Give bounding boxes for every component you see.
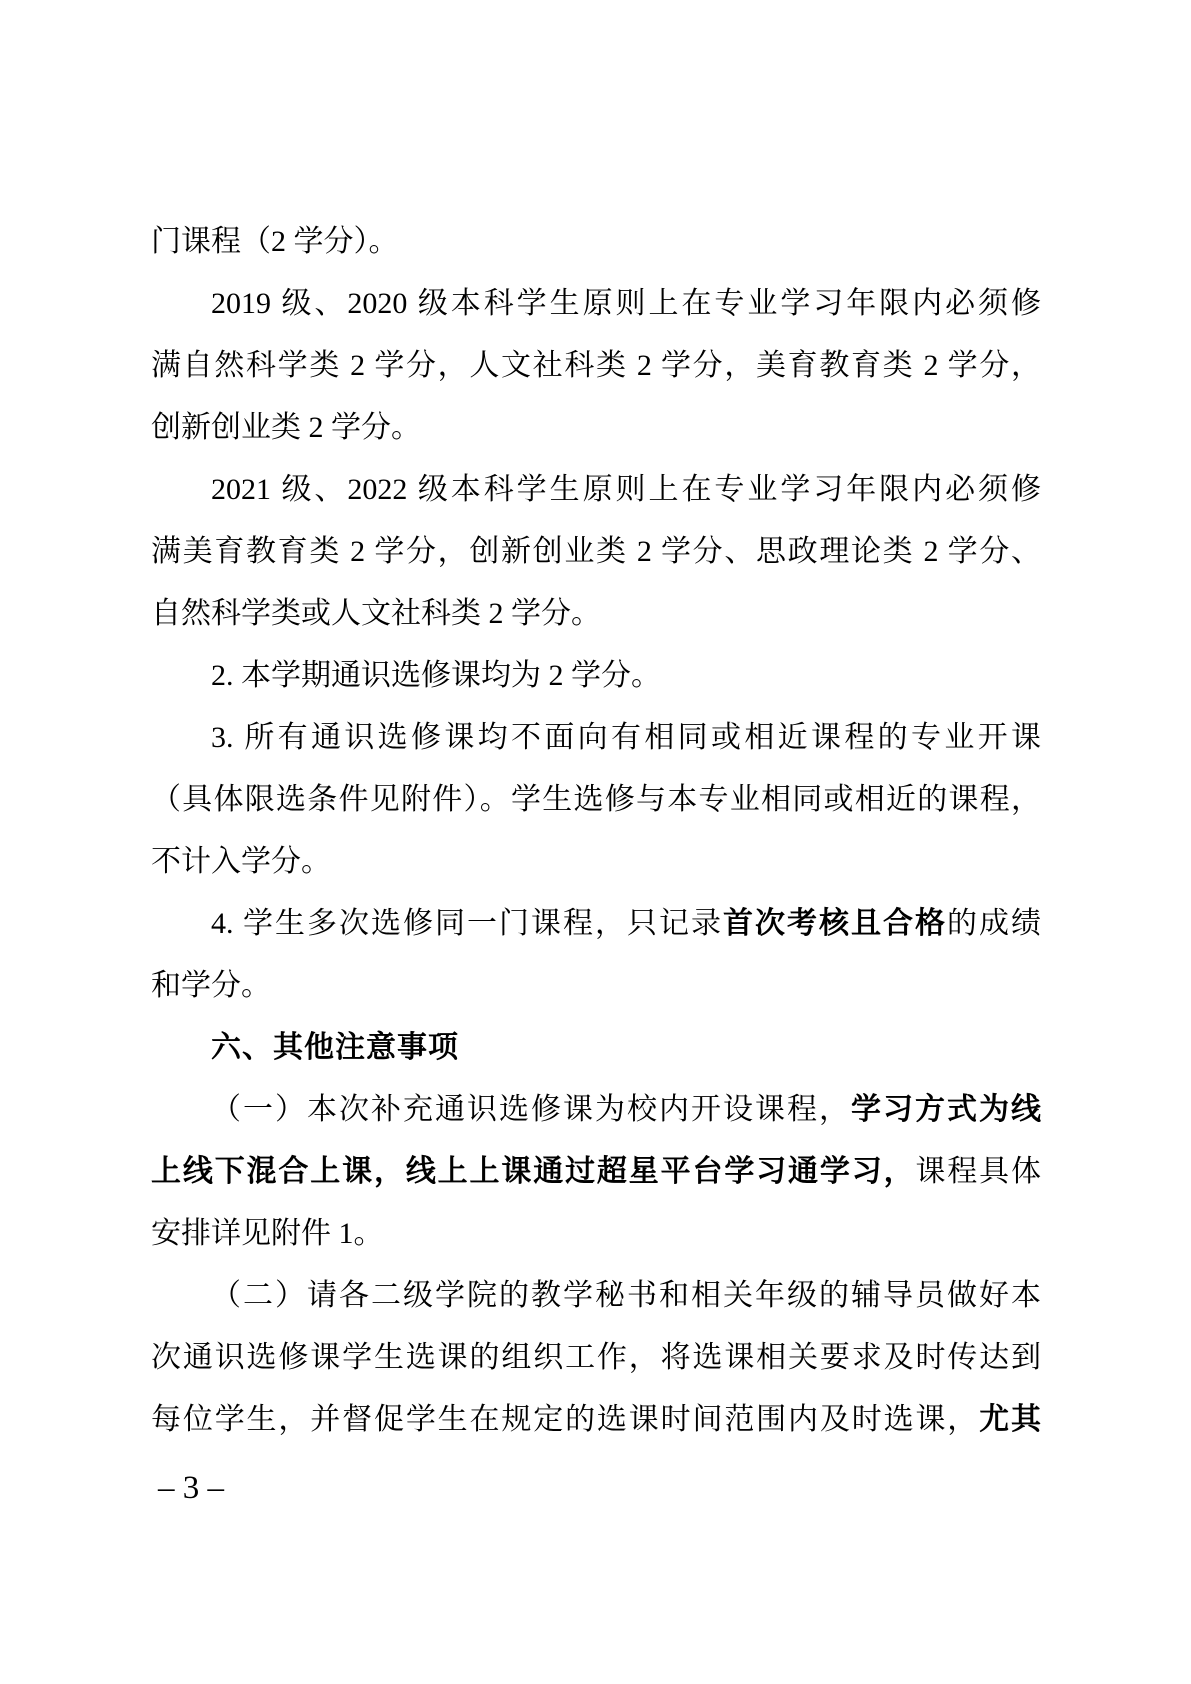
text-segment: 安排详见附件 1。 xyxy=(151,1217,384,1250)
section-heading: 六、其他注意事项 xyxy=(151,1017,1041,1079)
text-line: 门课程（2 学分）。 xyxy=(151,211,1041,273)
text-line: 每位学生，并督促学生在规定的选课时间范围内及时选课，尤其 xyxy=(151,1389,1041,1451)
text-line: （二）请各二级学院的教学秘书和相关年级的辅导员做好本 xyxy=(151,1265,1041,1327)
document-body: 门课程（2 学分）。 2019 级、2020 级本科学生原则上在专业学习年限内必… xyxy=(151,211,1041,1451)
text-segment: 不计入学分。 xyxy=(151,845,331,878)
text-line: 安排详见附件 1。 xyxy=(151,1203,1041,1265)
text-segment: 次通识选修课学生选课的组织工作，将选课相关要求及时传达到 xyxy=(151,1341,1041,1374)
text-line: 2019 级、2020 级本科学生原则上在专业学习年限内必须修 xyxy=(151,273,1041,335)
text-segment: （具体限选条件见附件）。学生选修与本专业相同或相近的课程， xyxy=(151,783,1041,816)
text-line: 次通识选修课学生选课的组织工作，将选课相关要求及时传达到 xyxy=(151,1327,1041,1389)
text-segment: 门课程（2 学分）。 xyxy=(151,225,399,258)
text-segment: 2. 本学期通识选修课均为 2 学分。 xyxy=(211,659,661,692)
text-line: 创新创业类 2 学分。 xyxy=(151,397,1041,459)
text-segment: 满自然科学类 2 学分，人文社科类 2 学分，美育教育类 2 学分， xyxy=(151,349,1041,382)
text-segment: 每位学生，并督促学生在规定的选课时间范围内及时选课， xyxy=(151,1403,979,1436)
text-segment: 满美育教育类 2 学分，创新创业类 2 学分、思政理论类 2 学分、 xyxy=(151,535,1041,568)
bold-text-segment: 尤其 xyxy=(979,1403,1041,1436)
text-line: 不计入学分。 xyxy=(151,831,1041,893)
text-segment: 2019 级、2020 级本科学生原则上在专业学习年限内必须修 xyxy=(211,287,1041,320)
text-line: 4. 学生多次选修同一门课程，只记录首次考核且合格的成绩 xyxy=(151,893,1041,955)
text-line: 上线下混合上课，线上上课通过超星平台学习通学习，课程具体 xyxy=(151,1141,1041,1203)
text-line: （一）本次补充通识选修课为校内开设课程，学习方式为线 xyxy=(151,1079,1041,1141)
text-line: 2021 级、2022 级本科学生原则上在专业学习年限内必须修 xyxy=(151,459,1041,521)
page-number: – 3 – xyxy=(158,1464,224,1512)
text-segment: 3. 所有通识选修课均不面向有相同或相近课程的专业开课 xyxy=(211,721,1041,754)
heading-text: 六、其他注意事项 xyxy=(211,1031,459,1064)
text-segment: 课程具体 xyxy=(915,1155,1041,1188)
text-segment: 和学分。 xyxy=(151,969,271,1002)
text-segment: 的成绩 xyxy=(947,907,1041,940)
text-segment: 自然科学类或人文社科类 2 学分。 xyxy=(151,597,601,630)
bold-text-segment: 首次考核且合格 xyxy=(723,907,947,940)
bold-text-segment: 上线下混合上课，线上上课通过超星平台学习通学习， xyxy=(151,1155,915,1188)
text-line: 满美育教育类 2 学分，创新创业类 2 学分、思政理论类 2 学分、 xyxy=(151,521,1041,583)
text-line: 自然科学类或人文社科类 2 学分。 xyxy=(151,583,1041,645)
text-segment: （二）请各二级学院的教学秘书和相关年级的辅导员做好本 xyxy=(211,1279,1041,1312)
text-line: 满自然科学类 2 学分，人文社科类 2 学分，美育教育类 2 学分， xyxy=(151,335,1041,397)
text-segment: 创新创业类 2 学分。 xyxy=(151,411,421,444)
text-segment: （一）本次补充通识选修课为校内开设课程， xyxy=(211,1093,851,1126)
text-line: （具体限选条件见附件）。学生选修与本专业相同或相近的课程， xyxy=(151,769,1041,831)
text-line: 和学分。 xyxy=(151,955,1041,1017)
text-segment: 2021 级、2022 级本科学生原则上在专业学习年限内必须修 xyxy=(211,473,1041,506)
text-line: 3. 所有通识选修课均不面向有相同或相近课程的专业开课 xyxy=(151,707,1041,769)
text-segment: 4. 学生多次选修同一门课程，只记录 xyxy=(211,907,723,940)
document-page: 门课程（2 学分）。 2019 级、2020 级本科学生原则上在专业学习年限内必… xyxy=(0,0,1191,1684)
text-line: 2. 本学期通识选修课均为 2 学分。 xyxy=(151,645,1041,707)
bold-text-segment: 学习方式为线 xyxy=(851,1093,1041,1126)
